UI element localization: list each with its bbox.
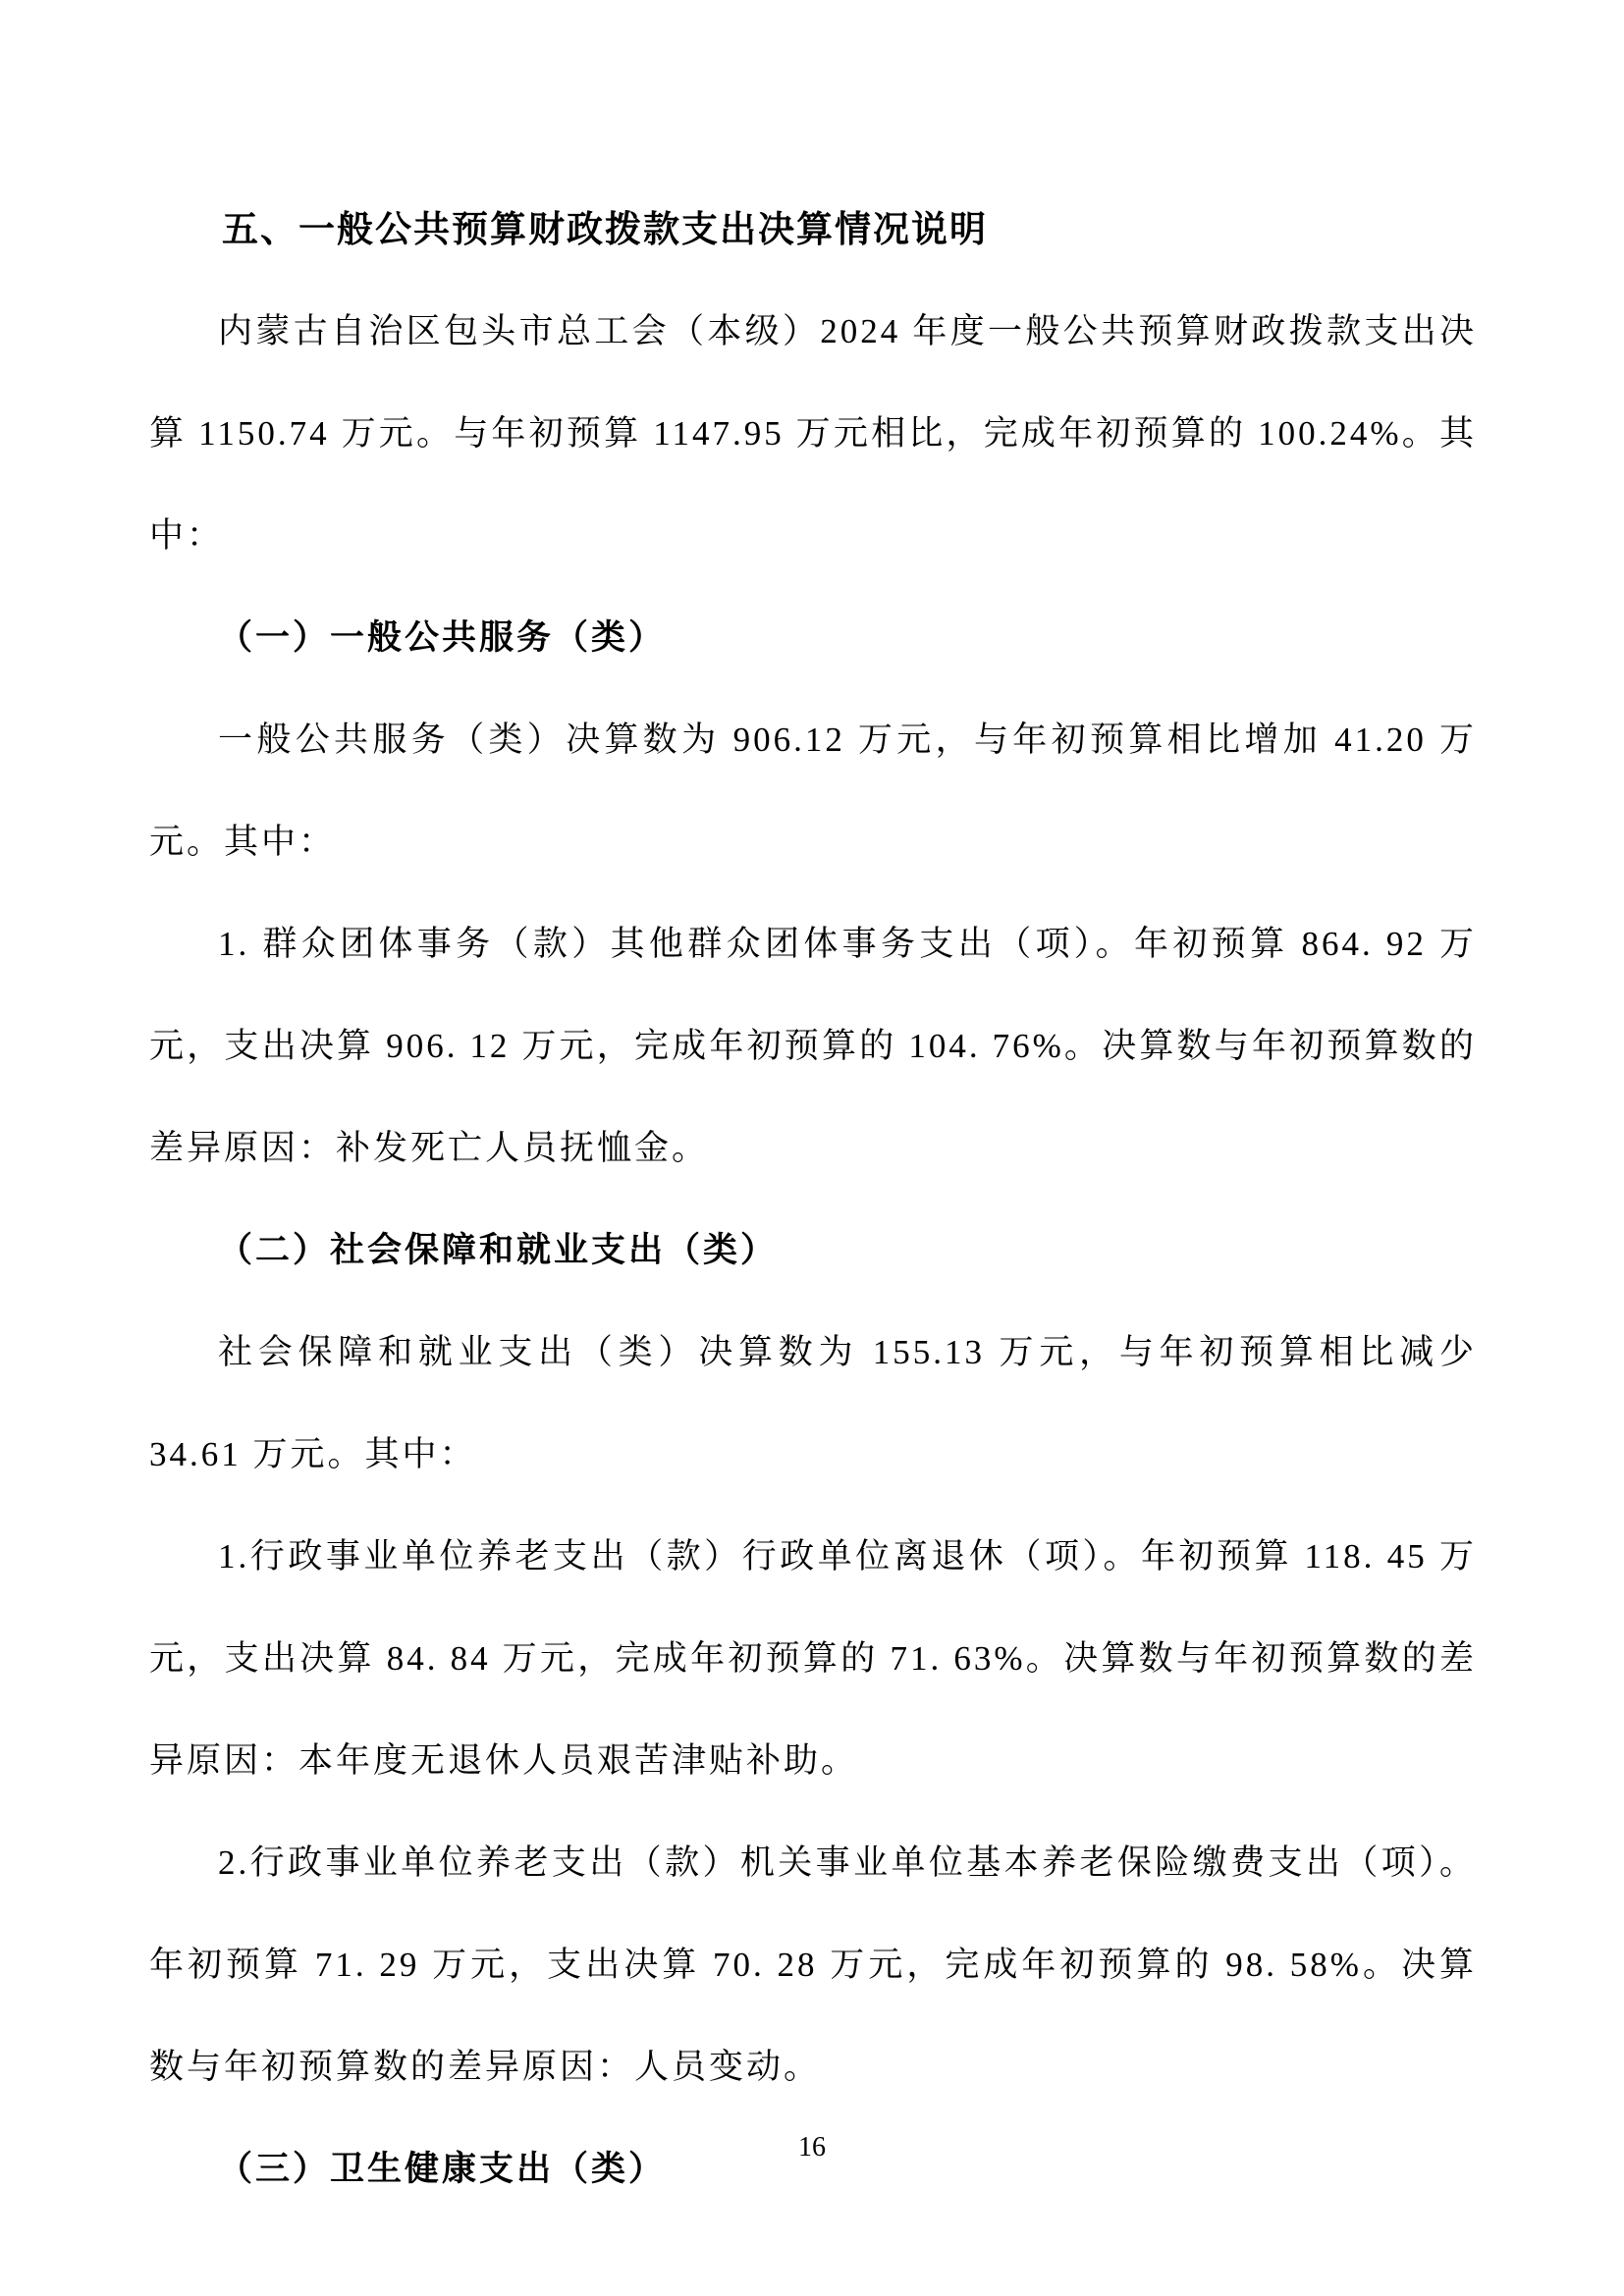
document-content: 五、一般公共预算财政拨款支出决算情况说明 内蒙古自治区包头市总工会（本级）202…: [149, 179, 1477, 2220]
page-number: 16: [0, 2128, 1624, 2167]
para-pension-retirement-item: 1.行政事业单位养老支出（款）行政单位离退休（项）。年初预算 118. 45 万…: [149, 1506, 1477, 1812]
heading-social-security-employment: （二）社会保障和就业支出（类）: [149, 1200, 1477, 1302]
para-social-security-summary: 社会保障和就业支出（类）决算数为 155.13 万元，与年初预算相比减少 34.…: [149, 1302, 1477, 1506]
document-page: 五、一般公共预算财政拨款支出决算情况说明 内蒙古自治区包头市总工会（本级）202…: [0, 0, 1624, 2296]
para-total-expenditure-summary: 内蒙古自治区包头市总工会（本级）2024 年度一般公共预算财政拨款支出决算 11…: [149, 281, 1477, 587]
para-general-public-services-summary: 一般公共服务（类）决算数为 906.12 万元，与年初预算相比增加 41.20 …: [149, 689, 1477, 893]
heading-general-public-services: （一）一般公共服务（类）: [149, 587, 1477, 689]
para-pension-insurance-contribution-item: 2.行政事业单位养老支出（款）机关事业单位基本养老保险缴费支出（项）。年初预算 …: [149, 1812, 1477, 2118]
para-mass-organization-affairs-item: 1. 群众团体事务（款）其他群众团体事务支出（项）。年初预算 864. 92 万…: [149, 893, 1477, 1200]
section-title: 五、一般公共预算财政拨款支出决算情况说明: [149, 179, 1477, 281]
